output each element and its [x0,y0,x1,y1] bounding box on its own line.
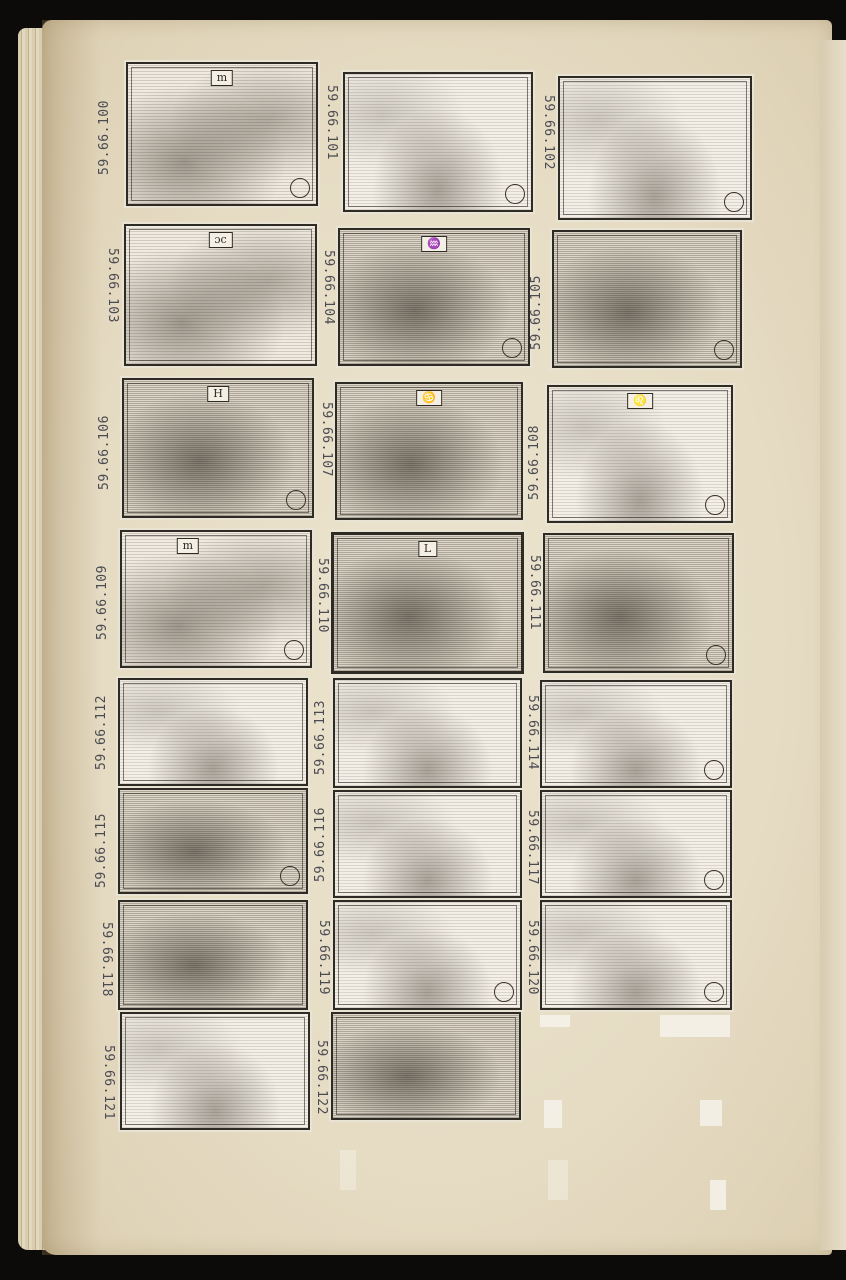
print-59-66-111 [543,533,734,673]
print-label: 59.66.104 [321,250,336,325]
print-cartouche: m [211,70,233,86]
print-59-66-118 [118,900,308,1010]
print-label: 59.66.108 [527,425,542,500]
print-label: 59.66.119 [316,920,331,995]
print-label: 59.66.110 [315,558,330,633]
print-59-66-106: H [122,378,314,518]
print-59-66-116 [333,790,522,898]
print-59-66-117 [540,790,732,898]
print-label: 59.66.118 [99,922,114,997]
print-label: 59.66.105 [529,275,544,350]
print-59-66-112 [118,678,308,786]
print-label: 59.66.114 [525,695,540,770]
print-label: 59.66.120 [525,920,540,995]
print-59-66-113 [333,678,522,788]
print-label: 59.66.109 [95,565,110,640]
print-cartouche: H [207,386,229,402]
print-label: 59.66.101 [324,85,339,160]
print-59-66-103: ɔc [124,224,317,366]
print-label: 59.66.102 [541,95,556,170]
print-label: 59.66.107 [319,402,334,477]
print-59-66-100: m [126,62,318,206]
facing-page-edge [820,40,846,1250]
print-label: 59.66.106 [97,415,112,490]
print-59-66-101 [343,72,533,212]
print-label: 59.66.112 [94,695,109,770]
collection-stamp-icon [724,192,744,212]
print-59-66-119 [333,900,522,1010]
print-label: 59.66.103 [105,248,120,323]
tape-remnant [700,1100,722,1126]
collection-stamp-icon [704,982,724,1002]
collection-stamp-icon [704,760,724,780]
collection-stamp-icon [280,866,300,886]
tape-remnant [340,1150,356,1190]
print-label: 59.66.117 [525,810,540,885]
collection-stamp-icon [705,495,725,515]
collection-stamp-icon [284,640,304,660]
print-59-66-110: L [331,532,524,674]
collection-stamp-icon [286,490,306,510]
print-59-66-107: ♋ [335,382,523,520]
collection-stamp-icon [502,338,522,358]
tape-remnant [548,1160,568,1200]
print-label: 59.66.111 [527,555,542,630]
print-59-66-108: ♌ [547,385,733,523]
print-cartouche: ɔc [208,232,232,248]
print-label: 59.66.100 [97,100,112,175]
print-label: 59.66.116 [313,807,328,882]
tape-remnant [710,1180,726,1210]
print-59-66-104: ♒ [338,228,530,366]
print-label: 59.66.113 [313,700,328,775]
print-cartouche: L [418,541,437,557]
gutter-shadow [42,20,102,1255]
print-cartouche: ♒ [421,236,447,252]
print-59-66-109: m [120,530,312,668]
collection-stamp-icon [494,982,514,1002]
print-59-66-121 [120,1012,310,1130]
collection-stamp-icon [706,645,726,665]
tape-remnant [544,1100,562,1128]
print-59-66-122 [331,1012,521,1120]
print-cartouche: ♌ [627,393,653,409]
print-label: 59.66.122 [314,1040,329,1115]
print-59-66-114 [540,680,732,788]
collection-stamp-icon [290,178,310,198]
print-label: 59.66.115 [94,813,109,888]
collection-stamp-icon [704,870,724,890]
collection-stamp-icon [505,184,525,204]
print-label: 59.66.121 [101,1045,116,1120]
print-59-66-102 [558,76,752,220]
print-59-66-120 [540,900,732,1010]
tape-remnant [540,1015,570,1027]
collection-stamp-icon [714,340,734,360]
print-cartouche: m [177,538,199,554]
print-59-66-105 [552,230,742,368]
print-59-66-115 [118,788,308,894]
print-cartouche: ♋ [416,390,442,406]
tape-remnant [660,1015,730,1037]
